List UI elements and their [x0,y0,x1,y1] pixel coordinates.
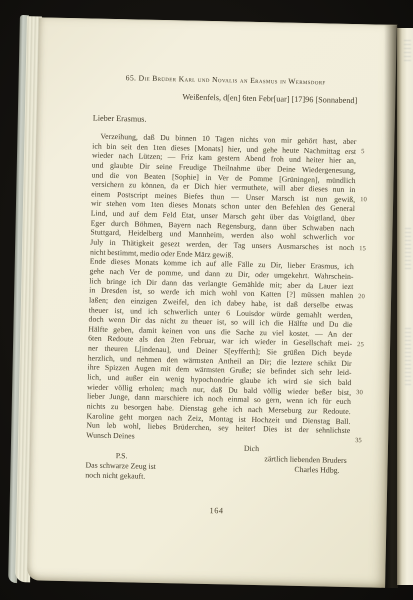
ink-bleed-through [404,40,411,64]
postscript-line-1: Das schwarze Zeug ist [85,460,156,470]
postscript-label: P.S. [86,450,128,460]
letter-text-block: 65. Die Brüder Karl und Novalis an Erasm… [85,73,358,519]
margin-line-number: 15 [359,244,372,253]
book: 65. Die Brüder Karl und Novalis an Erasm… [8,13,397,591]
letter-salutation: Lieber Erasmus. [93,114,357,130]
postscript-line-2: noch nicht gekauft. [85,471,145,481]
letter-dateline: Weißenfels, d[en] 6ten Febr[uar] [17]96 … [93,91,357,107]
margin-line-number: 20 [358,292,371,301]
margin-line-number: 10 [360,196,373,205]
page-gutter-shadow [384,24,398,588]
margin-line-number: 25 [357,340,370,349]
letter-heading: 65. Die Brüder Karl und Novalis an Erasm… [94,73,358,89]
facing-page-edge [397,28,413,585]
margin-line-number: 30 [356,388,369,397]
margin-line-number: 5 [361,147,374,156]
photo-background: 65. Die Brüder Karl und Novalis an Erasm… [0,0,413,600]
margin-line-number: 35 [355,436,368,445]
ink-bleed-through [405,228,411,270]
book-page: 65. Die Brüder Karl und Novalis an Erasm… [27,17,397,587]
ink-bleed-through [405,328,411,386]
page-number: 164 [85,504,349,519]
letter-body: Verzeihung, daß Du binnen 10 Tagen nicht… [86,132,356,446]
letter-closing: Dich P.S. zärtlich liebenden Bruders Das… [85,440,350,486]
